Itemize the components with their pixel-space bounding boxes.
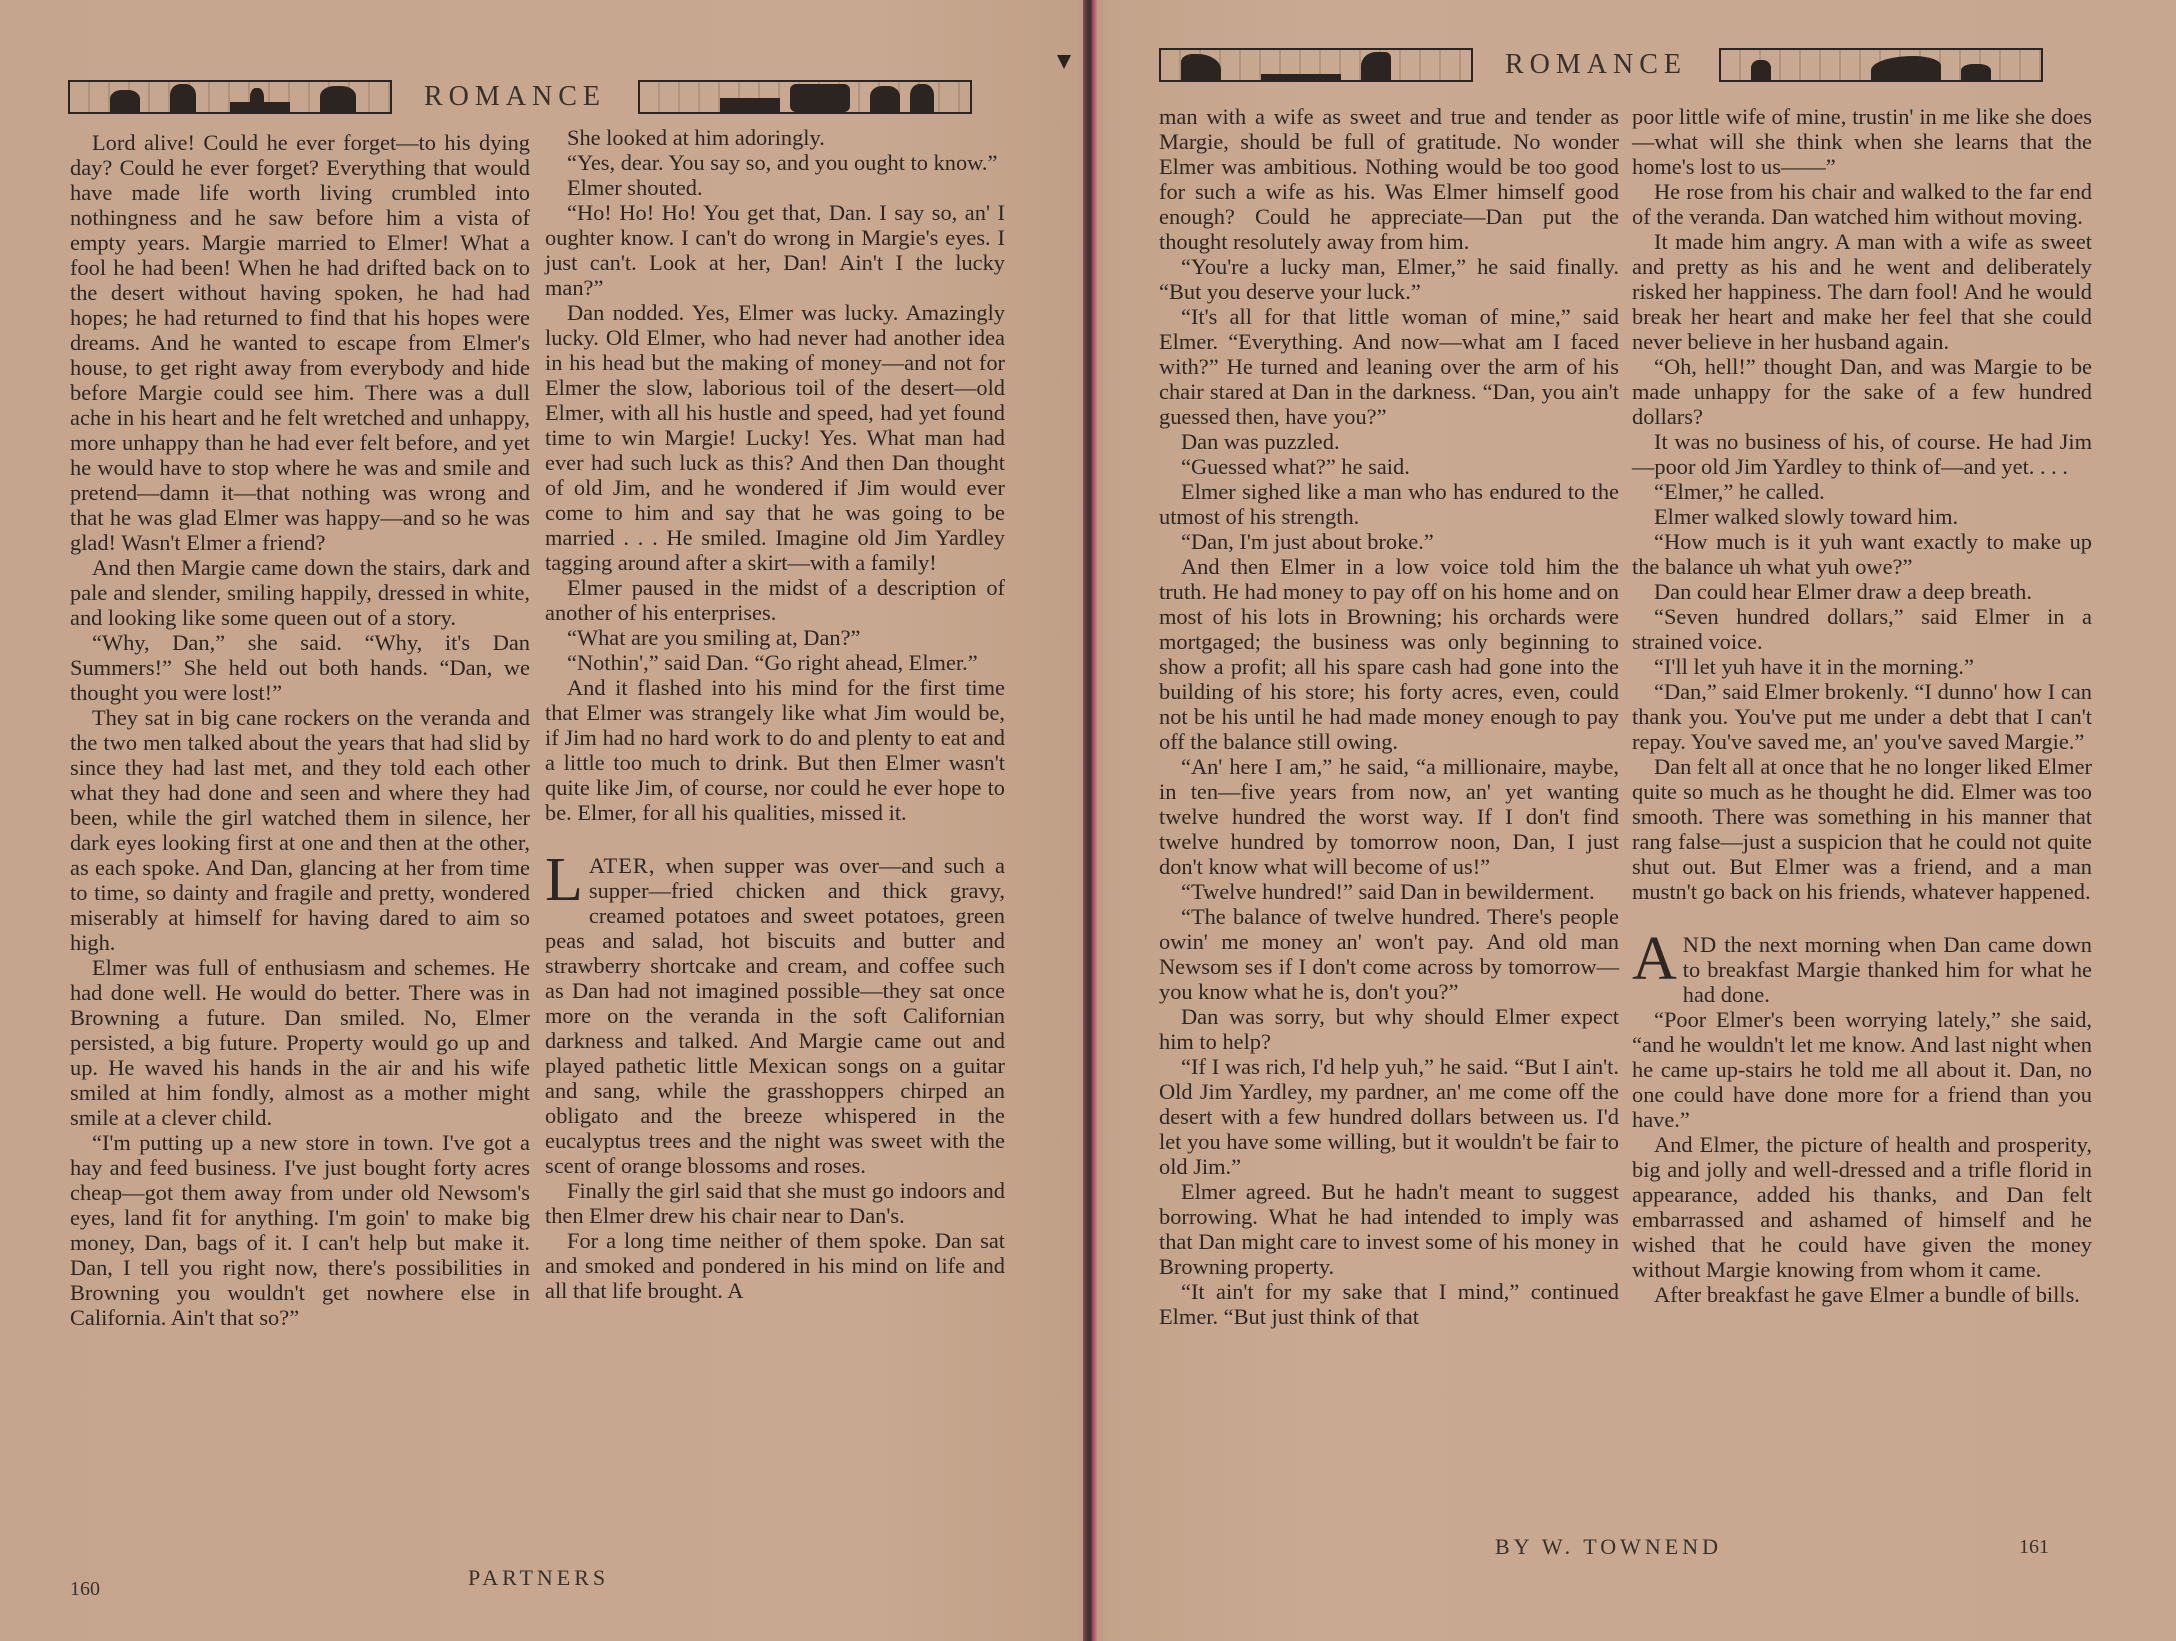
story-title-footer: PARTNERS xyxy=(468,1565,609,1591)
paragraph: “An' here I am,” he said, “a millionaire… xyxy=(1159,754,1619,879)
paragraph: “It's all for that little woman of mine,… xyxy=(1159,304,1619,429)
paragraph: It was no business of his, of course. He… xyxy=(1632,429,2092,479)
paragraph: He rose from his chair and walked to the… xyxy=(1632,179,2092,229)
lead-in-caps: ND xyxy=(1683,932,1717,957)
paragraph: After breakfast he gave Elmer a bundle o… xyxy=(1632,1282,2092,1307)
running-title: ROMANCE xyxy=(1505,49,1687,81)
paragraph: “What are you smiling at, Dan?” xyxy=(545,625,1005,650)
drawing-of-desert-trees-icon xyxy=(1719,48,2043,82)
paragraph: “Seven hundred dollars,” said Elmer in a… xyxy=(1632,604,2092,654)
paragraph: “You're a lucky man, Elmer,” he said fin… xyxy=(1159,254,1619,304)
paragraph: Dan nodded. Yes, Elmer was lucky. Amazin… xyxy=(545,300,1005,575)
drawing-of-dinner-scene-icon xyxy=(68,80,392,114)
paragraph: Elmer sighed like a man who has endured … xyxy=(1159,479,1619,529)
paragraph: “It ain't for my sake that I mind,” cont… xyxy=(1159,1279,1619,1329)
book-spread: ROMANCE Lord alive! Could he ever forget… xyxy=(0,0,2176,1641)
paragraph: Elmer shouted. xyxy=(545,175,1005,200)
drawing-of-seated-men-icon xyxy=(638,80,972,114)
running-header: ROMANCE xyxy=(1159,48,2139,82)
paragraph: She looked at him adoringly. xyxy=(545,125,1005,150)
text-column-2: poor little wife of mine, trustin' in me… xyxy=(1632,104,2092,1307)
paragraph: “Oh, hell!” thought Dan, and was Margie … xyxy=(1632,354,2092,429)
drop-cap: A xyxy=(1632,934,1677,984)
section-opening-paragraph: LATER, when supper was over—and such a s… xyxy=(545,853,1005,1178)
paragraph: Lord alive! Could he ever forget—to his … xyxy=(70,130,530,555)
paragraph: And then Margie came down the stairs, da… xyxy=(70,555,530,630)
paragraph: Elmer was full of enthusiasm and schemes… xyxy=(70,955,530,1130)
lead-in-text: the next morning when Dan came down to b… xyxy=(1683,932,2092,1007)
drawing-of-desert-landscape-icon xyxy=(1159,48,1473,82)
paragraph: And Elmer, the picture of health and pro… xyxy=(1632,1132,2092,1282)
running-title: ROMANCE xyxy=(424,81,606,113)
lead-in-text: when supper was over—and such a supper—f… xyxy=(545,853,1005,1178)
paragraph: For a long time neither of them spoke. D… xyxy=(545,1228,1005,1303)
paragraph: poor little wife of mine, trustin' in me… xyxy=(1632,104,2092,179)
paragraph: Dan felt all at once that he no longer l… xyxy=(1632,754,2092,904)
paragraph: “Elmer,” he called. xyxy=(1632,479,2092,504)
paragraph: “Yes, dear. You say so, and you ought to… xyxy=(545,150,1005,175)
paragraph: Dan was sorry, but why should Elmer expe… xyxy=(1159,1004,1619,1054)
right-page: ROMANCE man with a wife as sweet and tru… xyxy=(1097,0,2176,1641)
running-header: ROMANCE xyxy=(68,80,988,114)
page-number: 161 xyxy=(2019,1536,2049,1559)
paragraph: Elmer walked slowly toward him. xyxy=(1632,504,2092,529)
author-byline-footer: BY W. TOWNEND xyxy=(1495,1534,1722,1560)
paragraph: Elmer paused in the midst of a descripti… xyxy=(545,575,1005,625)
paragraph: It made him angry. A man with a wife as … xyxy=(1632,229,2092,354)
paragraph: “Guessed what?” he said. xyxy=(1159,454,1619,479)
paragraph: “Poor Elmer's been worrying lately,” she… xyxy=(1632,1007,2092,1132)
paragraph: “If I was rich, I'd help yuh,” he said. … xyxy=(1159,1054,1619,1179)
paragraph: “Why, Dan,” she said. “Why, it's Dan Sum… xyxy=(70,630,530,705)
paragraph: Finally the girl said that she must go i… xyxy=(545,1178,1005,1228)
paragraph: man with a wife as sweet and true and te… xyxy=(1159,104,1619,254)
paragraph: “Dan, I'm just about broke.” xyxy=(1159,529,1619,554)
text-column-2: She looked at him adoringly. “Yes, dear.… xyxy=(545,125,1005,1303)
page-number: 160 xyxy=(70,1578,100,1601)
paragraph: “Dan,” said Elmer brokenly. “I dunno' ho… xyxy=(1632,679,2092,754)
drop-cap: L xyxy=(545,855,583,905)
paragraph: And then Elmer in a low voice told him t… xyxy=(1159,554,1619,754)
text-column-1: Lord alive! Could he ever forget—to his … xyxy=(70,130,530,1330)
left-page: ROMANCE Lord alive! Could he ever forget… xyxy=(0,0,1083,1641)
paragraph: And it flashed into his mind for the fir… xyxy=(545,675,1005,825)
paragraph: Dan was puzzled. xyxy=(1159,429,1619,454)
paragraph: Elmer agreed. But he hadn't meant to sug… xyxy=(1159,1179,1619,1279)
text-column-1: man with a wife as sweet and true and te… xyxy=(1159,104,1619,1329)
book-gutter xyxy=(1083,0,1097,1641)
paragraph: “I'm putting up a new store in town. I'v… xyxy=(70,1130,530,1330)
paragraph: They sat in big cane rockers on the vera… xyxy=(70,705,530,955)
paragraph: “Nothin',” said Dan. “Go right ahead, El… xyxy=(545,650,1005,675)
lead-in-caps: ATER, xyxy=(589,853,656,878)
paragraph: “The balance of twelve hundred. There's … xyxy=(1159,904,1619,1004)
paragraph: “How much is it yuh want exactly to make… xyxy=(1632,529,2092,579)
paragraph: “I'll let yuh have it in the morning.” xyxy=(1632,654,2092,679)
paragraph: “Twelve hundred!” said Dan in bewilderme… xyxy=(1159,879,1619,904)
paragraph: Dan could hear Elmer draw a deep breath. xyxy=(1632,579,2092,604)
paragraph: “Ho! Ho! Ho! You get that, Dan. I say so… xyxy=(545,200,1005,300)
section-opening-paragraph: AND the next morning when Dan came down … xyxy=(1632,932,2092,1007)
